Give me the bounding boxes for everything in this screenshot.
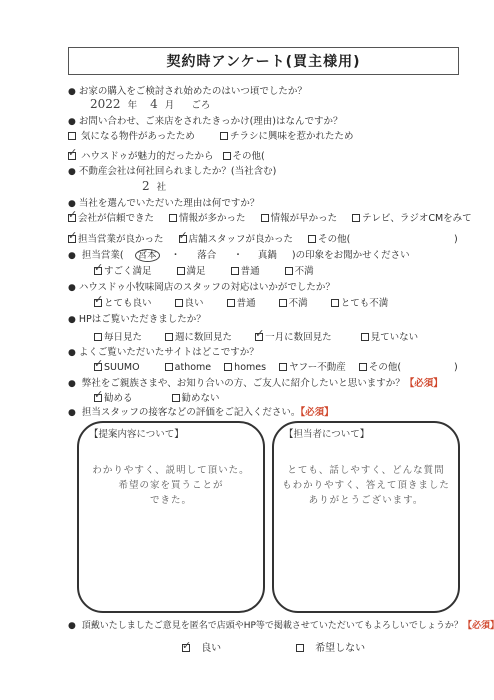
checkbox-icon[interactable] bbox=[175, 299, 183, 307]
option-label: その他( bbox=[233, 151, 265, 162]
option-label: 良い bbox=[185, 298, 204, 309]
q2-option-other[interactable]: その他( bbox=[223, 151, 265, 163]
q1-year: 2022 bbox=[90, 97, 121, 111]
q4-option-trust[interactable]: 会社が信頼できた bbox=[68, 213, 154, 225]
checkbox-icon[interactable] bbox=[261, 214, 269, 222]
q5-prefix: 担当営業( bbox=[82, 250, 124, 261]
checkbox-icon[interactable] bbox=[94, 333, 102, 341]
option-label: その他( bbox=[318, 234, 350, 245]
option-label: 一月に数回見た bbox=[265, 332, 332, 343]
page-title: 契約時アンケート(買主様用) bbox=[68, 47, 459, 75]
option-label: 気になる物件があったため bbox=[81, 131, 195, 142]
q6-option-very-good[interactable]: とても良い bbox=[94, 298, 152, 310]
q5-staff[interactable]: 真鍋 bbox=[258, 250, 277, 261]
checkbox-checked-icon[interactable] bbox=[182, 644, 190, 652]
q5-staff-selected[interactable]: 宮本 bbox=[135, 249, 160, 262]
option-label: 見ていない bbox=[371, 332, 419, 343]
q4-option-store-staff[interactable]: 店舗スタッフが良かった bbox=[179, 234, 294, 246]
q4-option-fast-info[interactable]: 情報が早かった bbox=[261, 213, 338, 225]
comment-line: わかりやすく、説明して頂いた。 bbox=[79, 463, 263, 478]
comment-box-proposal[interactable]: 【提案内容について】 わかりやすく、説明して頂いた。 希望の家を買うことが でき… bbox=[77, 421, 265, 613]
checkbox-icon[interactable] bbox=[352, 214, 360, 222]
option-label: 週に数回見た bbox=[175, 332, 232, 343]
q3-count: 2 bbox=[142, 179, 150, 193]
checkbox-icon[interactable] bbox=[308, 235, 316, 243]
checkbox-icon[interactable] bbox=[169, 214, 177, 222]
checkbox-icon[interactable] bbox=[279, 299, 287, 307]
comment-line: ありがとうございます。 bbox=[274, 493, 458, 508]
q1-suffix: ごろ bbox=[191, 100, 210, 111]
q1-month-label: 月 bbox=[165, 100, 175, 111]
q7-option-never[interactable]: 見ていない bbox=[361, 332, 419, 344]
q8-option-other[interactable]: その他( bbox=[359, 362, 401, 374]
q4-question: 当社を選んでいただいた理由は何ですか？ bbox=[68, 198, 259, 210]
q8-close-paren: ) bbox=[454, 362, 458, 374]
separator: ・ bbox=[233, 250, 243, 261]
q1-answer[interactable]: 2022 年 4 月 ごろ bbox=[90, 98, 210, 112]
q6-option-normal[interactable]: 普通 bbox=[227, 298, 256, 310]
checkbox-icon[interactable] bbox=[223, 152, 231, 160]
q7-option-monthly[interactable]: 一月に数回見た bbox=[255, 332, 332, 344]
q3-answer[interactable]: 2 社 bbox=[142, 180, 166, 194]
q11-option-decline[interactable]: 希望しない bbox=[296, 639, 365, 654]
option-label: 満足 bbox=[187, 266, 206, 277]
comment-text: とても、話しやすく、どんな質問 もわかりやすく、答えて頂きました ありがとうござ… bbox=[274, 463, 458, 508]
comment-line: できた。 bbox=[79, 493, 263, 508]
checkbox-icon[interactable] bbox=[224, 363, 232, 371]
q8-option-athome[interactable]: athome bbox=[165, 362, 211, 374]
q9-options: 勧める 勧めない bbox=[94, 393, 234, 405]
comment-box-label: 【提案内容について】 bbox=[89, 426, 184, 440]
q7-option-daily[interactable]: 毎日見た bbox=[94, 332, 142, 344]
required-badge: 【必須】 bbox=[463, 621, 494, 631]
option-label: 不満 bbox=[289, 298, 308, 309]
comment-line: とても、話しやすく、どんな質問 bbox=[274, 463, 458, 478]
checkbox-checked-icon[interactable] bbox=[94, 363, 102, 371]
q5-staff[interactable]: 落合 bbox=[197, 250, 216, 261]
q4-options-row2: 担当営業が良かった 店舗スタッフが良かった その他( bbox=[68, 234, 364, 246]
q10-question-text: 担当スタッフの接客などの評価をご記入ください。 bbox=[82, 407, 301, 418]
checkbox-icon[interactable] bbox=[231, 267, 239, 275]
separator: ・ bbox=[171, 250, 181, 261]
q4-close-paren: ) bbox=[454, 234, 458, 246]
q2-options-row2: ハウスドゥが魅力的だったから その他( bbox=[68, 151, 279, 163]
q8-option-homes[interactable]: homes bbox=[224, 362, 266, 374]
q4-option-much-info[interactable]: 情報が多かった bbox=[169, 213, 246, 225]
option-label: 普通 bbox=[241, 266, 260, 277]
required-badge: 【必須】 bbox=[405, 378, 443, 389]
option-label: 会社が信頼できた bbox=[78, 213, 154, 224]
q6-question: ハウスドゥ小牧味岡店のスタッフの対応はいかがでしたか？ bbox=[68, 282, 335, 294]
q2-option-property[interactable]: 気になる物件があったため bbox=[68, 131, 195, 143]
checkbox-checked-icon[interactable] bbox=[68, 235, 76, 243]
q2-options-row1: 気になる物件があったため チラシに興味を惹かれたため bbox=[68, 131, 367, 143]
q8-option-yahoo[interactable]: ヤフー不動産 bbox=[279, 362, 346, 374]
checkbox-checked-icon[interactable] bbox=[179, 235, 187, 243]
comment-line: 希望の家を買うことが bbox=[79, 478, 263, 493]
checkbox-checked-icon[interactable] bbox=[94, 267, 102, 275]
q1-month: 4 bbox=[150, 97, 158, 111]
checkbox-checked-icon[interactable] bbox=[68, 214, 76, 222]
q7-question: HPはご覧いただきましたか？ bbox=[68, 314, 206, 326]
q4-option-other[interactable]: その他( bbox=[308, 234, 350, 246]
q7-options: 毎日見た 週に数回見た 一月に数回見た 見ていない bbox=[94, 332, 432, 344]
option-label: とても不満 bbox=[341, 298, 389, 309]
checkbox-icon[interactable] bbox=[172, 394, 180, 402]
checkbox-icon[interactable] bbox=[285, 267, 293, 275]
checkbox-icon[interactable] bbox=[361, 333, 369, 341]
checkbox-icon[interactable] bbox=[359, 363, 367, 371]
q6-option-bad[interactable]: 不満 bbox=[279, 298, 308, 310]
q7-option-weekly[interactable]: 週に数回見た bbox=[165, 332, 232, 344]
option-label: その他( bbox=[369, 362, 401, 373]
comment-box-label: 【担当者について】 bbox=[284, 426, 369, 440]
required-badge: 【必須】 bbox=[300, 407, 333, 418]
q9-question: 弊社をご親族さまや、お知り合いの方、ご友人に紹介したいと思いますか？【必須】 bbox=[68, 378, 443, 390]
checkbox-checked-icon[interactable] bbox=[94, 299, 102, 307]
option-label: ハウスドゥが魅力的だったから bbox=[81, 151, 213, 162]
option-label: 希望しない bbox=[315, 643, 365, 654]
option-label: テレビ、ラジオCMをみて bbox=[362, 213, 472, 224]
option-label: 担当営業が良かった bbox=[78, 234, 164, 245]
q3-unit: 社 bbox=[157, 182, 167, 193]
option-label: homes bbox=[234, 362, 266, 373]
option-label: 店舗スタッフが良かった bbox=[189, 234, 294, 245]
q4-option-sales-rep[interactable]: 担当営業が良かった bbox=[68, 234, 164, 246]
checkbox-icon[interactable] bbox=[296, 644, 304, 652]
q6-option-good[interactable]: 良い bbox=[175, 298, 204, 310]
checkbox-icon[interactable] bbox=[227, 299, 235, 307]
option-label: ヤフー不動産 bbox=[289, 362, 346, 373]
q8-option-suumo[interactable]: SUUMO bbox=[94, 362, 140, 374]
q5-options: すごく満足 満足 普通 不満 bbox=[94, 266, 328, 278]
checkbox-checked-icon[interactable] bbox=[255, 333, 263, 341]
checkbox-icon[interactable] bbox=[68, 132, 76, 140]
q11-question-text: 頂戴いたしましたご意見を匿名で店頭やHP等で掲載させていただいてもよろしいでしょ… bbox=[82, 621, 463, 631]
q8-options: SUUMO athome homes ヤフー不動産 その他( bbox=[94, 362, 415, 374]
checkbox-icon[interactable] bbox=[279, 363, 287, 371]
option-label: すごく満足 bbox=[104, 266, 152, 277]
questionnaire-page: 契約時アンケート(買主様用) お家の購入をご検討され始めたのはいつ頃でしたか？ … bbox=[0, 0, 494, 700]
comment-box-staff[interactable]: 【担当者について】 とても、話しやすく、どんな質問 もわかりやすく、答えて頂きま… bbox=[272, 421, 460, 613]
q3-question: 不動産会社は何社回られましたか？(当社含む) bbox=[68, 166, 276, 178]
q5-option-very-satisfied[interactable]: すごく満足 bbox=[94, 266, 152, 278]
option-label: チラシに興味を惹かれたため bbox=[230, 131, 354, 142]
option-label: とても良い bbox=[104, 298, 152, 309]
checkbox-icon[interactable] bbox=[165, 333, 173, 341]
q1-year-label: 年 bbox=[128, 100, 138, 111]
option-label: 情報が多かった bbox=[179, 213, 246, 224]
checkbox-checked-icon[interactable] bbox=[68, 152, 76, 160]
q5-suffix: )の印象をお聞かせください bbox=[292, 250, 410, 261]
q2-option-housedo[interactable]: ハウスドゥが魅力的だったから bbox=[68, 151, 214, 163]
q9-option-recommend[interactable]: 勧める bbox=[94, 393, 133, 405]
checkbox-icon[interactable] bbox=[177, 267, 185, 275]
q6-option-very-bad[interactable]: とても不満 bbox=[331, 298, 389, 310]
checkbox-icon[interactable] bbox=[220, 132, 228, 140]
q2-option-flyer[interactable]: チラシに興味を惹かれたため bbox=[220, 131, 354, 143]
option-label: athome bbox=[175, 362, 211, 373]
option-label: 勧めない bbox=[182, 393, 220, 404]
checkbox-checked-icon[interactable] bbox=[94, 394, 102, 402]
q9-option-not-recommend[interactable]: 勧めない bbox=[172, 393, 220, 405]
option-label: 勧める bbox=[104, 393, 133, 404]
q5-option-satisfied[interactable]: 満足 bbox=[177, 266, 206, 278]
q11-question: 頂戴いたしましたご意見を匿名で店頭やHP等で掲載させていただいてもよろしいでしょ… bbox=[68, 620, 494, 632]
checkbox-icon[interactable] bbox=[331, 299, 339, 307]
option-label: 不満 bbox=[295, 266, 314, 277]
comment-line: もわかりやすく、答えて頂きました bbox=[274, 478, 458, 493]
q2-question: お問い合わせ、ご来店をされたきっかけ(理由)はなんですか？ bbox=[68, 116, 343, 128]
comment-text: わかりやすく、説明して頂いた。 希望の家を買うことが できた。 bbox=[79, 463, 263, 508]
option-label: 情報が早かった bbox=[271, 213, 338, 224]
option-label: 毎日見た bbox=[104, 332, 142, 343]
q9-question-text: 弊社をご親族さまや、お知り合いの方、ご友人に紹介したいと思いますか？ bbox=[82, 378, 405, 389]
q5-option-normal[interactable]: 普通 bbox=[231, 266, 260, 278]
q5-option-dissatisfied[interactable]: 不満 bbox=[285, 266, 314, 278]
option-label: 普通 bbox=[237, 298, 256, 309]
q10-question: 担当スタッフの接客などの評価をご記入ください。【必須】 bbox=[68, 407, 334, 419]
q5-question: 担当営業( 宮本 ・ 落合 ・ 真鍋 )の印象をお聞かせください bbox=[68, 250, 410, 262]
q11-option-ok[interactable]: 良い bbox=[182, 639, 221, 654]
option-label: SUUMO bbox=[104, 362, 140, 373]
checkbox-icon[interactable] bbox=[165, 363, 173, 371]
option-label: 良い bbox=[201, 643, 221, 654]
q4-options-row1: 会社が信頼できた 情報が多かった 情報が早かった テレビ、ラジオCMをみて bbox=[68, 213, 472, 225]
q6-options: とても良い 良い 普通 不満 とても不満 bbox=[94, 298, 402, 310]
q4-option-tv-cm[interactable]: テレビ、ラジオCMをみて bbox=[352, 213, 472, 225]
